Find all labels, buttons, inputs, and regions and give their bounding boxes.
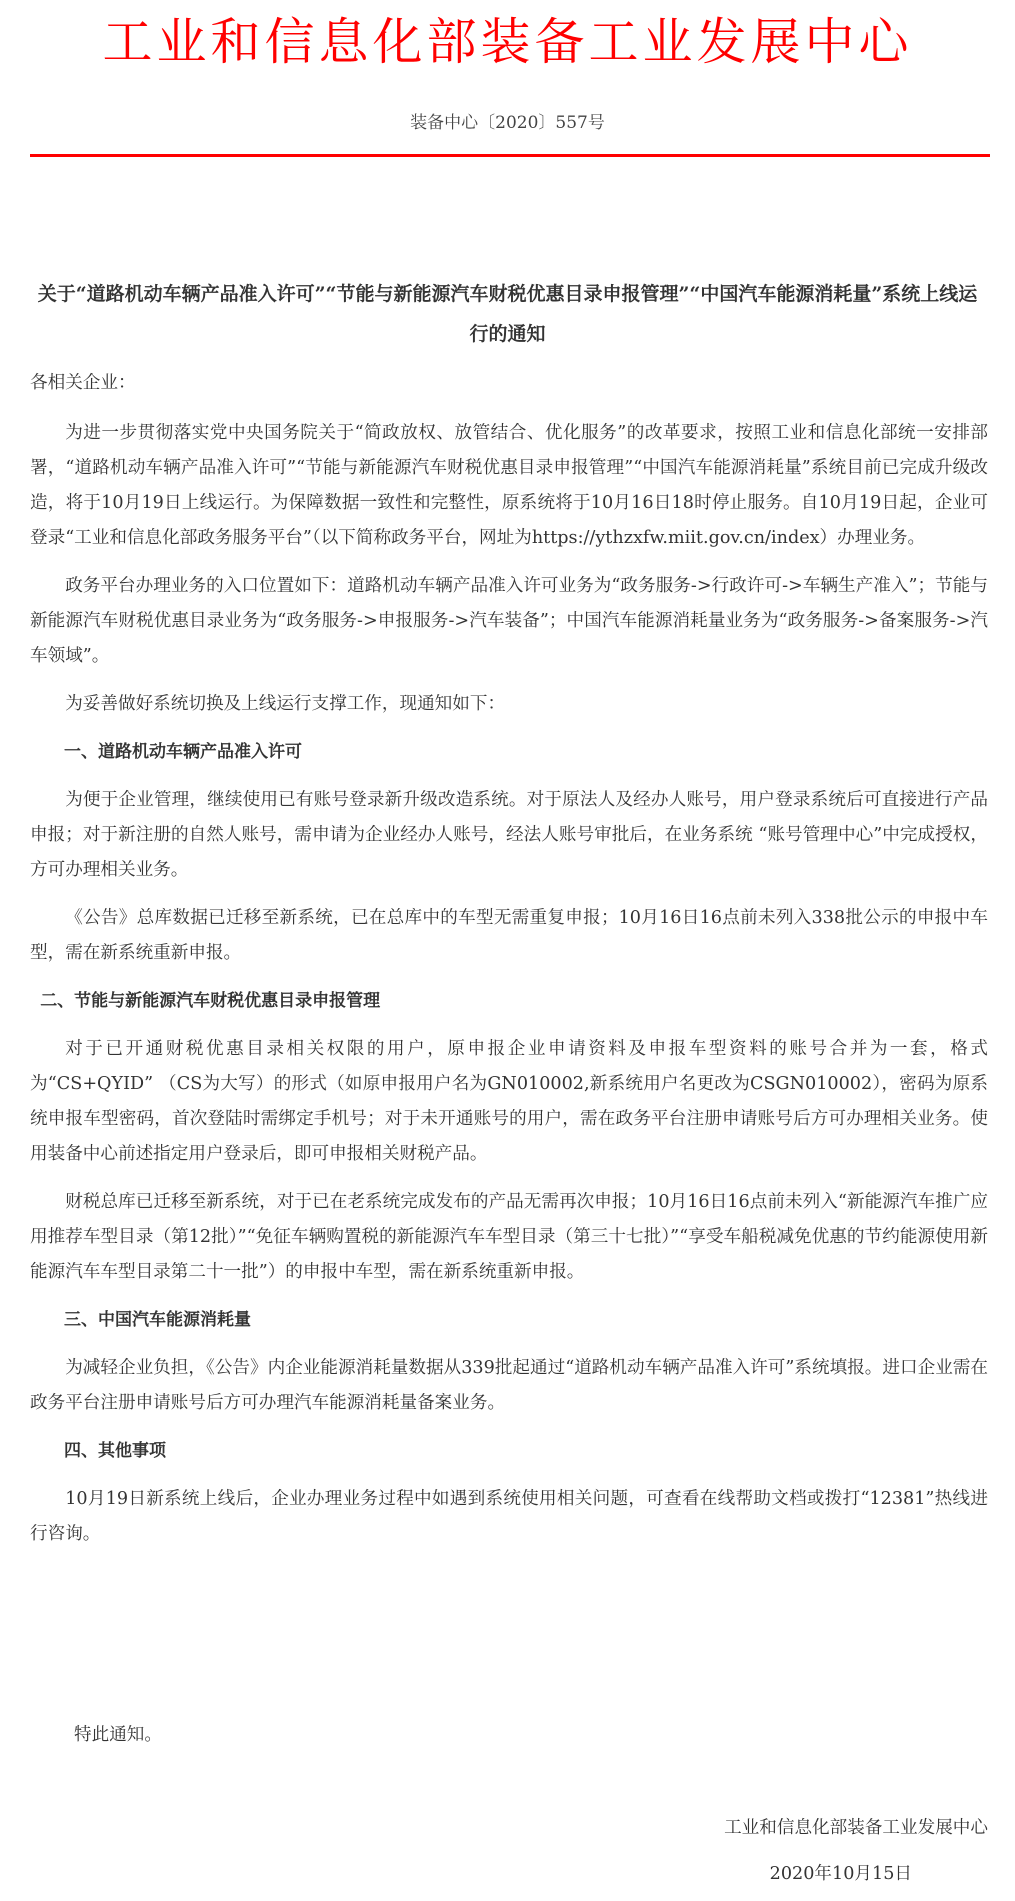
masthead-org-name: 工业和信息化部装备工业发展中心 bbox=[0, 6, 1015, 78]
section-1-paragraph-2: 《公告》总库数据已迁移至新系统，已在总库中的车型无需重复申报；10月16日16点… bbox=[30, 901, 988, 971]
notice-body: 各相关企业： 为进一步贯彻落实党中央国务院关于“简政放权、放管结合、优化服务”的… bbox=[30, 366, 988, 1565]
document-number: 装备中心〔2020〕557号 bbox=[0, 110, 1015, 136]
section-4-paragraph-1: 10月19日新系统上线后，企业办理业务过程中如遇到系统使用相关问题，可查看在线帮… bbox=[30, 1482, 988, 1552]
intro-paragraph-2: 政务平台办理业务的入口位置如下：道路机动车辆产品准入许可业务为“政务服务->行政… bbox=[30, 569, 988, 674]
red-divider bbox=[30, 154, 990, 157]
salutation: 各相关企业： bbox=[30, 366, 988, 401]
section-2-paragraph-2: 财税总库已迁移至新系统，对于已在老系统完成发布的产品无需再次申报；10月16日1… bbox=[30, 1185, 988, 1290]
section-heading-4: 四、其他事项 bbox=[30, 1434, 988, 1469]
intro-paragraph-3: 为妥善做好系统切换及上线运行支撑工作，现通知如下： bbox=[30, 687, 988, 722]
section-heading-3: 三、中国汽车能源消耗量 bbox=[30, 1303, 988, 1338]
intro-paragraph-1: 为进一步贯彻落实党中央国务院关于“简政放权、放管结合、优化服务”的改革要求，按照… bbox=[30, 416, 988, 556]
section-3-paragraph-1: 为减轻企业负担，《公告》内企业能源消耗量数据从339批起通过“道路机动车辆产品准… bbox=[30, 1351, 988, 1421]
signature-org: 工业和信息化部装备工业发展中心 bbox=[724, 1815, 988, 1841]
section-2-paragraph-1: 对于已开通财税优惠目录相关权限的用户，原申报企业申请资料及申报车型资料的账号合并… bbox=[30, 1032, 988, 1172]
closing-remark: 特此通知。 bbox=[74, 1722, 162, 1748]
signature-date: 2020年10月15日 bbox=[770, 1861, 912, 1887]
section-heading-1: 一、道路机动车辆产品准入许可 bbox=[30, 735, 988, 770]
notice-title: 关于“道路机动车辆产品准入许可”“节能与新能源汽车财税优惠目录申报管理”“中国汽… bbox=[30, 274, 985, 354]
section-1-paragraph-1: 为便于企业管理，继续使用已有账号登录新升级改造系统。对于原法人及经办人账号，用户… bbox=[30, 783, 988, 888]
section-heading-2: 二、节能与新能源汽车财税优惠目录申报管理 bbox=[30, 984, 988, 1019]
